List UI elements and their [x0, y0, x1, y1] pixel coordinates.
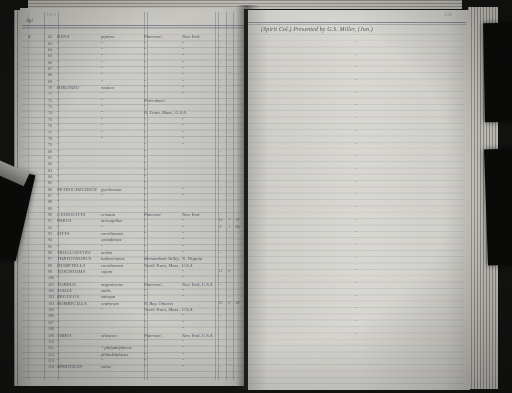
- cell-species: ″: [101, 79, 144, 84]
- cell-mark: –: [226, 155, 233, 160]
- cell-entry-number: 83: [44, 168, 57, 173]
- register-row: 92″″″″81Ma: [28, 223, 242, 229]
- cell-mark: ·: [215, 72, 226, 77]
- cell-mark: –: [226, 130, 233, 135]
- cell-genus: PARUS: [57, 218, 101, 223]
- cell-entry-number: 68: [44, 72, 57, 77]
- cell-mark: –: [226, 345, 233, 350]
- cell-mark: ·: [226, 123, 233, 128]
- register-row: 99TOXOSTOMArufum″″128″: [28, 268, 242, 274]
- cell-entry-number: 87: [44, 193, 57, 198]
- cell-entry-number: 90: [44, 212, 57, 217]
- cell-entry-number: 108: [44, 326, 57, 331]
- cell-locality-2: ″: [182, 117, 215, 122]
- cell-mark: ·: [215, 256, 226, 261]
- cell-locality: North Truro, Mass., U.S.A.: [144, 263, 182, 268]
- cell-mark: ″: [226, 282, 233, 287]
- cell-entry-number: 93: [44, 231, 57, 236]
- register-row: 70HIRUNDOrustica″″–·″: [28, 84, 242, 90]
- cell-locality: ″: [144, 41, 182, 46]
- cell-mark: ·: [226, 313, 233, 318]
- cell-mark: –: [215, 313, 226, 318]
- cell-entry-number: 111: [44, 345, 57, 350]
- cell-locality-2: ″: [182, 193, 215, 198]
- cell-mark: –: [226, 275, 233, 280]
- cell-genus: ″: [57, 326, 101, 331]
- cell-locality: ″: [144, 193, 182, 198]
- cell-genus: ″: [57, 130, 101, 135]
- cell-entry-number: 97: [44, 256, 57, 261]
- cell-mark: ·: [226, 34, 233, 39]
- cell-species: olivacea: [101, 333, 144, 338]
- cell-entry-number: 91: [44, 218, 57, 223]
- cell-entry-number: 109: [44, 333, 57, 338]
- cell-mark: –: [215, 282, 226, 287]
- register-row: 100″″″″·–·: [28, 274, 242, 280]
- register-row: 109VIREOolivaceaPaterson',New York, U.S.…: [28, 331, 242, 337]
- cell-entry-number: 114: [44, 364, 57, 369]
- cell-species: ″: [101, 66, 144, 71]
- cell-genus: ″: [57, 225, 101, 230]
- cell-mark: ·: [215, 117, 226, 122]
- cell-genus: ″: [57, 358, 101, 363]
- register-row: 87″″″″·–·: [28, 192, 242, 198]
- cell-mark: ·: [215, 326, 226, 331]
- cell-species: rustica: [101, 85, 144, 90]
- register-row: 76″″″″–·–: [28, 122, 242, 128]
- cell-species: ludovicianus: [101, 256, 144, 261]
- cell-mark: ·: [215, 352, 226, 357]
- cell-entry-number: 100: [44, 275, 57, 280]
- cell-mark: –: [215, 60, 226, 65]
- cell-genus: ″: [57, 104, 101, 109]
- cell-mark: ·: [215, 155, 226, 160]
- cell-mark: –: [226, 161, 233, 166]
- cell-species: ″: [101, 104, 144, 109]
- cell-entry-number: 110: [44, 339, 57, 344]
- cell-genus: ″: [57, 66, 101, 71]
- cell-genus: ″: [57, 244, 101, 249]
- cell-locality: ″: [144, 66, 182, 71]
- cell-locality: ″: [144, 199, 182, 204]
- cell-genus: TURDUS: [57, 282, 101, 287]
- cell-mark: 7: [226, 218, 233, 223]
- cell-genus: ″: [57, 72, 101, 77]
- cell-locality-2: ″: [182, 60, 215, 65]
- cell-locality: North Truro, Mass., U.S.A.: [144, 307, 182, 312]
- cell-mark: –: [226, 142, 233, 147]
- cell-mark: –: [226, 98, 233, 103]
- cell-mark: ·: [215, 263, 226, 268]
- cell-entry-number: 112: [44, 352, 57, 357]
- cell-species: ″: [101, 60, 144, 65]
- cell-locality: ″: [144, 231, 182, 236]
- cell-genus: SIALIA: [57, 288, 101, 293]
- cell-genus: ″: [57, 79, 101, 84]
- cell-locality-2: ″: [182, 313, 215, 318]
- cell-mark: –: [226, 263, 233, 268]
- cell-mark: –: [226, 244, 233, 249]
- cell-genus: ″: [57, 155, 101, 160]
- cell-mark: ″: [226, 237, 233, 242]
- cell-genus: ″: [57, 123, 101, 128]
- cell-species: migratorius: [101, 282, 144, 287]
- cell-locality-2: ″: [182, 41, 215, 46]
- cell-entry-number: 72: [44, 98, 57, 103]
- cell-mark: –: [226, 307, 233, 312]
- cell-locality-2: ″: [182, 250, 215, 255]
- cell-entry-number: 102: [44, 288, 57, 293]
- cell-locality: ″: [144, 225, 182, 230]
- cell-mark: –: [215, 123, 226, 128]
- cell-mark: –: [226, 294, 233, 299]
- header-rule-2: [248, 24, 466, 25]
- cell-mark: ·: [215, 98, 226, 103]
- cell-genus: ″: [57, 193, 101, 198]
- cell-date: 4.: [28, 34, 44, 39]
- cell-entry-number: 95: [44, 244, 57, 249]
- cell-species: ″: [101, 307, 144, 312]
- cell-entry-number: 80: [44, 149, 57, 154]
- register-row: 86PETROCHELIDONpyrrhonota″″–″·: [28, 185, 242, 191]
- cell-species: pyrrhonota: [101, 187, 144, 192]
- cell-locality-2: New York, U.S.A.: [182, 282, 215, 287]
- cell-locality: Paterson': [144, 212, 182, 217]
- cell-locality-2: ″: [182, 326, 215, 331]
- cell-species: ? philadelphicus: [101, 345, 144, 350]
- cell-locality-2: ″: [182, 123, 215, 128]
- cell-locality-2: ″: [182, 47, 215, 52]
- cell-species: atricapillus: [101, 218, 144, 223]
- cell-mark: ·: [215, 206, 226, 211]
- register-row: 71″″″″·–·: [28, 90, 242, 96]
- cell-entry-number: 85: [44, 180, 57, 185]
- cell-entry-number: 84: [44, 174, 57, 179]
- cell-locality: ″: [144, 142, 182, 147]
- cell-mark: ·: [215, 91, 226, 96]
- cell-species: philadelphicus: [101, 352, 144, 357]
- cell-mark: ·: [215, 358, 226, 363]
- cell-entry-number: 101: [44, 282, 57, 287]
- presented-by-note: (Spirit Col.) Presented by G.S. Miller, …: [261, 27, 373, 33]
- cell-locality-2: ″: [182, 91, 215, 96]
- cell-genus: ″: [57, 60, 101, 65]
- cell-genus: ″: [57, 352, 101, 357]
- cell-locality: ″: [144, 149, 182, 154]
- register-row: 93SITTAcarolinensis″″·–·: [28, 230, 242, 236]
- cell-entry-number: 78: [44, 136, 57, 141]
- cell-locality: ″: [144, 294, 182, 299]
- cell-genus: ″: [57, 345, 101, 350]
- cell-locality: ″: [144, 269, 182, 274]
- cell-entry-number: 92: [44, 225, 57, 230]
- cell-mark: 1: [226, 225, 233, 230]
- cell-entry-number: 76: [44, 123, 57, 128]
- right-middle-page-clip: [484, 149, 512, 266]
- cell-locality-2: ″: [182, 79, 215, 84]
- cell-locality-2: ″: [182, 345, 215, 350]
- cell-genus: ″: [57, 174, 101, 179]
- cell-entry-number: 99: [44, 269, 57, 274]
- cell-mark: ·: [215, 161, 226, 166]
- cell-species: ″: [101, 130, 144, 135]
- cell-mark: ·: [215, 136, 226, 141]
- cell-species: satrapa: [101, 294, 144, 299]
- register-rows: 4.62RANApipiensPaterson',New York–·–63″″…: [28, 33, 242, 369]
- cell-species: ″: [101, 72, 144, 77]
- cell-genus: ″: [57, 168, 101, 173]
- cell-locality: Paterson',: [144, 282, 182, 287]
- cell-entry-number: 81: [44, 155, 57, 160]
- cell-species: ″: [101, 110, 144, 115]
- cell-mark: –: [215, 34, 226, 39]
- cell-locality-2: ″: [182, 225, 215, 230]
- register-row: 78″″″″·″·: [28, 135, 242, 141]
- register-row: 113″″″″·–·: [28, 357, 242, 363]
- cell-entry-number: 69: [44, 79, 57, 84]
- cell-mark: ·: [215, 168, 226, 173]
- cell-locality: ″: [144, 136, 182, 141]
- register-row: 69″″″″·–·: [28, 77, 242, 83]
- cell-entry-number: 66: [44, 60, 57, 65]
- cell-entry-number: 88: [44, 199, 57, 204]
- register-row: 97THRYOTHORUSludovicianusShenandoah Vall…: [28, 255, 242, 261]
- cell-mark: –: [215, 149, 226, 154]
- cell-mark: ″: [226, 187, 233, 192]
- cell-entry-number: 96: [44, 250, 57, 255]
- cell-locality-2: ″: [182, 244, 215, 249]
- cell-locality-2: ″: [182, 142, 215, 147]
- ditto-mark: ″: [352, 332, 360, 338]
- cell-entry-number: 79: [44, 142, 57, 147]
- cell-locality-2: N. Virginia: [182, 256, 215, 261]
- cell-locality: ″: [144, 339, 182, 344]
- cell-species: pipiens: [101, 34, 144, 39]
- header-rule: [22, 25, 244, 26]
- register-row: 90CYANOCITTAcristataPaterson'New York–·–: [28, 211, 242, 217]
- cell-genus: VIREO: [57, 333, 101, 338]
- cell-mark: ·: [226, 149, 233, 154]
- cell-locality: ″: [144, 60, 182, 65]
- page-number: 218: [444, 12, 452, 18]
- cell-mark: ·: [215, 307, 226, 312]
- cell-locality: ″: [144, 345, 182, 350]
- cell-mark: –: [226, 333, 233, 338]
- cell-locality: ″: [144, 79, 182, 84]
- cell-mark: 12: [215, 269, 226, 274]
- cell-mark: –: [215, 339, 226, 344]
- cell-locality-2: ″: [182, 136, 215, 141]
- cell-species: canadensis: [101, 237, 144, 242]
- cell-mark: ·: [226, 250, 233, 255]
- cell-entry-number: 89: [44, 206, 57, 211]
- cell-locality: Petersham'.: [144, 98, 182, 103]
- cell-locality-2: ″: [182, 53, 215, 58]
- cell-genus: ″: [57, 320, 101, 325]
- cell-mark: ·: [215, 79, 226, 84]
- cell-mark: –: [226, 193, 233, 198]
- cell-mark: –: [226, 288, 233, 293]
- cell-species: ″: [101, 47, 144, 52]
- cell-mark: ·: [226, 212, 233, 217]
- register-right-page: 218 (Spirit Col.) Presented by G.S. Mill…: [248, 10, 470, 390]
- cell-mark: ″: [215, 110, 226, 115]
- cell-entry-number: 74: [44, 110, 57, 115]
- cell-mark: –: [226, 231, 233, 236]
- cell-mark: ·: [215, 180, 226, 185]
- cell-entry-number: 105: [44, 307, 57, 312]
- cell-locality-2: ″: [182, 85, 215, 90]
- register-row: 111″? philadelphicus″″·–·: [28, 344, 242, 350]
- cell-genus: ″: [57, 41, 101, 46]
- cell-mark: ·: [215, 288, 226, 293]
- cell-entry-number: 77: [44, 130, 57, 135]
- cell-locality: ″: [144, 117, 182, 122]
- cell-entry-number: 75: [44, 117, 57, 122]
- cell-mark: –: [226, 91, 233, 96]
- cell-mark: ·: [215, 294, 226, 299]
- cell-entry-number: 98: [44, 263, 57, 268]
- cell-locality: ″: [144, 288, 182, 293]
- cell-mark: ·: [215, 142, 226, 147]
- cell-species: rufum: [101, 269, 144, 274]
- right-ditto-column: ″·″·″·″·″·″·″·″·″·″·″·″·″·″·″·″·″·″·″·″·…: [352, 40, 360, 338]
- register-row: 75″″″″·–·: [28, 115, 242, 121]
- cell-genus: MNIOTILTA: [57, 364, 101, 369]
- cell-entry-number: 104: [44, 301, 57, 306]
- cell-locality-2: ″: [182, 130, 215, 135]
- cell-genus: ″: [57, 110, 101, 115]
- cell-entry-number: 73: [44, 104, 57, 109]
- cell-genus: TOXOSTOMA: [57, 269, 101, 274]
- cell-genus: ″: [57, 180, 101, 185]
- register-row: 102SIALIAsialis″″·–·: [28, 287, 242, 293]
- cell-entry-number: 64: [44, 47, 57, 52]
- cell-mark: ·: [215, 104, 226, 109]
- cell-species: ″: [101, 193, 144, 198]
- cell-entry-number: 70: [44, 85, 57, 90]
- cell-locality-2: ″: [182, 339, 215, 344]
- cell-mark: ·: [215, 41, 226, 46]
- register-row: 65″″″″·–·: [28, 52, 242, 58]
- cell-mark: ·: [215, 244, 226, 249]
- cell-entry-number: 63: [44, 41, 57, 46]
- cell-locality: Paterson',: [144, 333, 182, 338]
- cell-genus: RANA: [57, 34, 101, 39]
- register-row: 77″″″″·–·: [28, 128, 242, 134]
- cell-mark: ″: [226, 72, 233, 77]
- cell-locality-2: ″: [182, 66, 215, 71]
- cell-entry-number: 65: [44, 53, 57, 58]
- cell-genus: ″: [57, 161, 101, 166]
- cell-entry-number: 94: [44, 237, 57, 242]
- cell-mark: –: [226, 110, 233, 115]
- cell-mark: ·: [215, 333, 226, 338]
- cell-locality-2: New York: [182, 34, 215, 39]
- cell-mark: ·: [215, 231, 226, 236]
- cell-species: ″: [101, 358, 144, 363]
- cell-locality: ″: [144, 358, 182, 363]
- cell-mark: ·: [215, 320, 226, 325]
- cell-locality: ″: [144, 72, 182, 77]
- cell-locality: ″: [144, 250, 182, 255]
- cell-species: ″: [101, 123, 144, 128]
- register-row: 4.62RANApipiensPaterson',New York–·–: [28, 33, 242, 39]
- cell-genus: CYANOCITTA: [57, 212, 101, 217]
- cell-mark: 8: [226, 301, 233, 306]
- cell-species: carolinensis: [101, 263, 144, 268]
- cell-mark: ·: [215, 193, 226, 198]
- cell-mark: ″: [226, 364, 233, 369]
- cell-mark: ″: [226, 136, 233, 141]
- cell-mark: –: [226, 206, 233, 211]
- cell-locality: ″: [144, 326, 182, 331]
- cell-mark: ″: [215, 47, 226, 52]
- cell-mark: –: [226, 180, 233, 185]
- cell-mark: 10: [215, 301, 226, 306]
- header-rule: [248, 22, 466, 23]
- month-heading: Apl: [26, 19, 33, 24]
- cell-mark: –: [226, 53, 233, 58]
- cell-mark: 16: [215, 218, 226, 223]
- cell-species: carolinensis: [101, 231, 144, 236]
- cell-entry-number: 67: [44, 66, 57, 71]
- cell-species: ″: [101, 136, 144, 141]
- cell-mark: ·: [215, 275, 226, 280]
- cell-species: ″: [101, 275, 144, 280]
- cell-mark: 8: [226, 269, 233, 274]
- register-row: 91PARUSatricapillus″″16707: [28, 217, 242, 223]
- cell-locality-2: New York: [182, 212, 215, 217]
- cell-locality: ″: [144, 206, 182, 211]
- cell-mark: –: [226, 256, 233, 261]
- cell-mark: ·: [226, 47, 233, 52]
- cell-locality-2: ″: [182, 364, 215, 369]
- cell-locality: ″: [144, 275, 182, 280]
- cell-entry-number: 106: [44, 313, 57, 318]
- cell-locality: ″: [144, 53, 182, 58]
- cell-genus: ″: [57, 47, 101, 52]
- cell-locality: ″: [144, 180, 182, 185]
- cell-mark: ·: [215, 199, 226, 204]
- register-row: 64″″″″″·–: [28, 46, 242, 52]
- cell-locality-2: ″: [182, 218, 215, 223]
- cell-locality: ″: [144, 155, 182, 160]
- cell-mark: ·: [215, 53, 226, 58]
- cell-genus: ″: [57, 307, 101, 312]
- cell-entry-number: 107: [44, 320, 57, 325]
- cell-mark: ·: [215, 345, 226, 350]
- cell-mark: –: [215, 187, 226, 192]
- cell-genus: ″: [57, 91, 101, 96]
- cell-entry-number: 71: [44, 91, 57, 96]
- cell-mark: –: [226, 66, 233, 71]
- cell-mark: –: [215, 364, 226, 369]
- cell-genus: ″: [57, 275, 101, 280]
- cell-mark: –: [226, 104, 233, 109]
- register-row: 112″philadelphicus″″·–·: [28, 350, 242, 356]
- cell-mark: ·: [215, 237, 226, 242]
- cell-locality: ″: [144, 237, 182, 242]
- cell-locality-2: ″: [182, 358, 215, 363]
- cell-locality: ″: [144, 47, 182, 52]
- cell-locality: ″: [144, 364, 182, 369]
- cell-entry-number: 82: [44, 161, 57, 166]
- cell-species: ″: [101, 244, 144, 249]
- cell-species: aedon: [101, 250, 144, 255]
- right-top-page-clip: [483, 23, 512, 123]
- cell-locality: ″: [144, 161, 182, 166]
